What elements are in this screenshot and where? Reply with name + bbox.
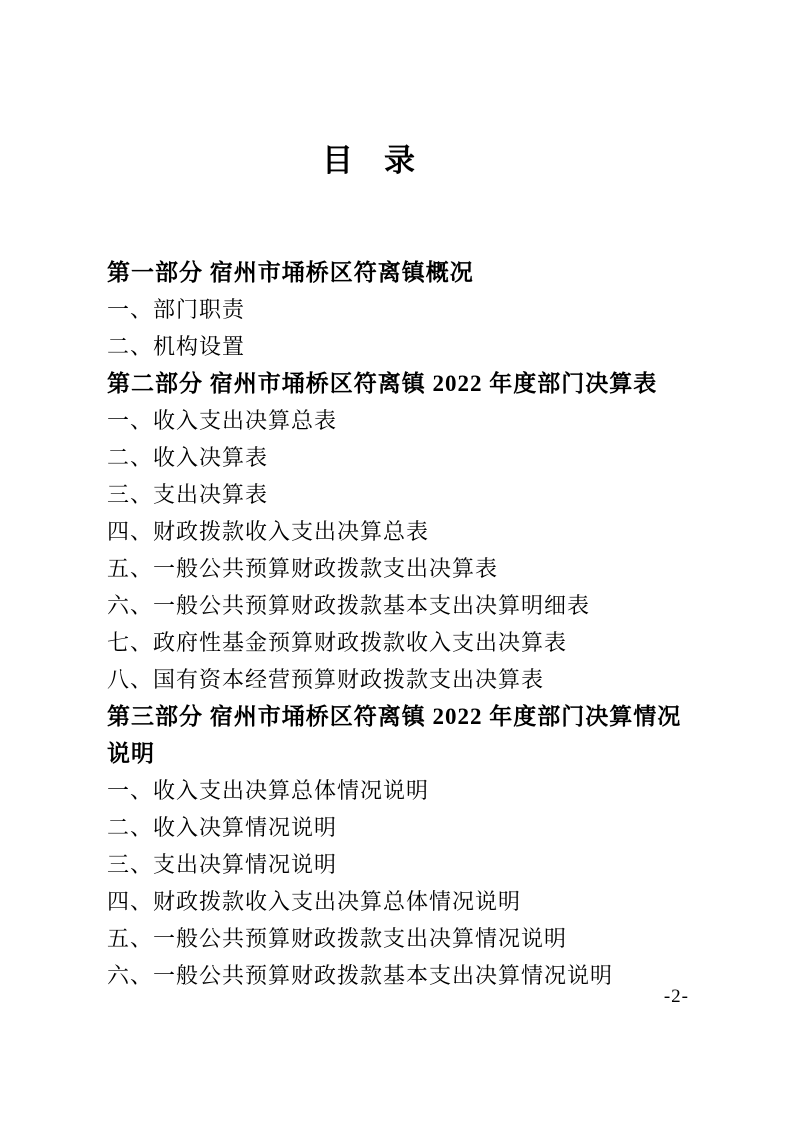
toc-item: 三、支出决算情况说明 [107,846,703,883]
toc-item: 二、收入决算情况说明 [107,809,703,846]
toc-item: 八、国有资本经营预算财政拨款支出决算表 [107,661,703,698]
document-page: 目 录 第一部分 宿州市埇桥区符离镇概况 一、部门职责 二、机构设置 第二部分 … [0,0,793,1122]
toc-item: 二、机构设置 [107,328,703,365]
table-of-contents: 第一部分 宿州市埇桥区符离镇概况 一、部门职责 二、机构设置 第二部分 宿州市埇… [107,254,703,994]
toc-item: 四、财政拨款收入支出决算总体情况说明 [107,883,703,920]
toc-item: 六、一般公共预算财政拨款基本支出决算情况说明 [107,957,703,994]
toc-section-2-heading: 第二部分 宿州市埇桥区符离镇 2022 年度部门决算表 [107,365,703,402]
toc-item: 一、部门职责 [107,291,703,328]
toc-section-3-heading: 第三部分 宿州市埇桥区符离镇 2022 年度部门决算情况说明 [107,698,703,772]
page-number: -2- [664,986,689,1008]
toc-item: 二、收入决算表 [107,439,703,476]
toc-section-1-heading: 第一部分 宿州市埇桥区符离镇概况 [107,254,703,291]
toc-item: 三、支出决算表 [107,476,703,513]
toc-item: 七、政府性基金预算财政拨款收入支出决算表 [107,624,703,661]
toc-item: 四、财政拨款收入支出决算总表 [107,513,703,550]
toc-item: 五、一般公共预算财政拨款支出决算情况说明 [107,920,703,957]
toc-item: 一、收入支出决算总体情况说明 [107,772,703,809]
page-title: 目 录 [0,0,793,180]
toc-item: 一、收入支出决算总表 [107,402,703,439]
toc-item: 五、一般公共预算财政拨款支出决算表 [107,550,703,587]
toc-item: 六、一般公共预算财政拨款基本支出决算明细表 [107,587,703,624]
